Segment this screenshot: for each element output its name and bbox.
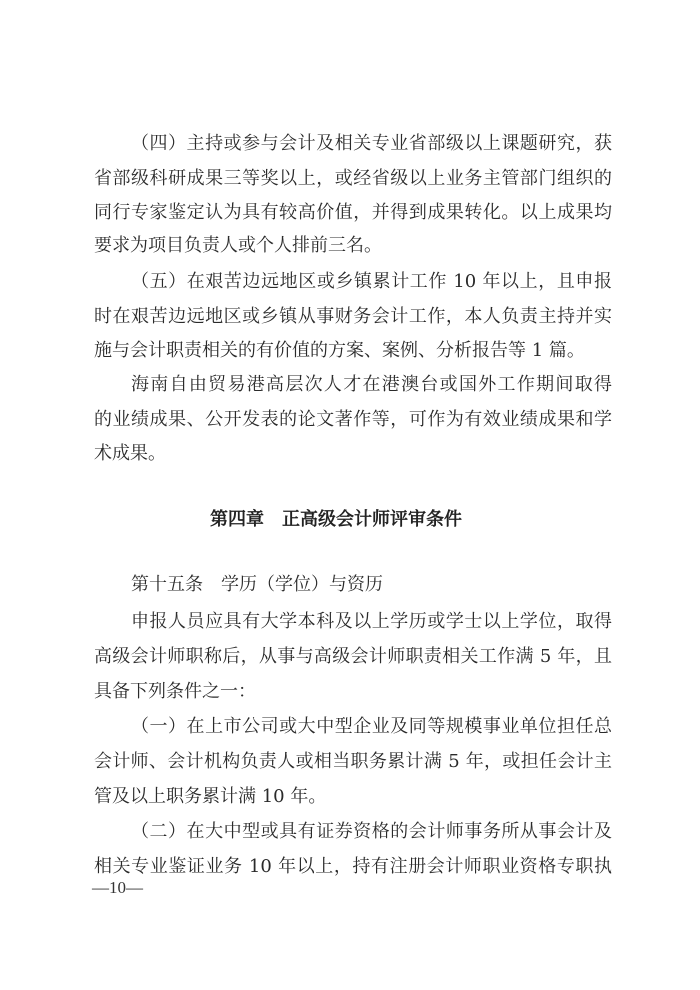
- article-title: 第十五条 学历（学位）与资历: [131, 568, 612, 602]
- document-page: （四）主持或参与会计及相关专业省部级以上课题研究，获 省部级科研成果三等奖以上，…: [0, 0, 700, 990]
- paragraph-4-line-1: （四）主持或参与会计及相关专业省部级以上课题研究，获: [131, 127, 612, 161]
- chapter-heading: 第四章 正高级会计师评审条件: [0, 503, 672, 537]
- hainan-paragraph-line-1: 海南自由贸易港高层次人才在港澳台或国外工作期间取得: [131, 368, 612, 402]
- condition-2-line-1: （二）在大中型或具有证券资格的会计师事务所从事会计及: [131, 815, 612, 849]
- condition-1-line-3: 管及以上职务累计满 10 年。: [94, 780, 612, 814]
- hainan-paragraph-line-2: 的业绩成果、公开发表的论文著作等，可作为有效业绩成果和学: [94, 403, 612, 437]
- paragraph-4-line-2: 省部级科研成果三等奖以上，或经省级以上业务主管部门组织的: [94, 162, 612, 196]
- paragraph-5-line-3: 施与会计职责相关的有价值的方案、案例、分析报告等 1 篇。: [94, 334, 612, 368]
- paragraph-5-line-2: 时在艰苦边远地区或乡镇从事财务会计工作，本人负责主持并实: [94, 300, 612, 334]
- requirements-line-2: 高级会计师职称后，从事与高级会计师职责相关工作满 5 年，且: [94, 640, 612, 674]
- condition-1-line-1: （一）在上市公司或大中型企业及同等规模事业单位担任总: [131, 710, 612, 744]
- condition-2-line-2: 相关专业鉴证业务 10 年以上，持有注册会计师职业资格专职执: [94, 850, 612, 884]
- requirements-line-3: 具备下列条件之一：: [94, 675, 612, 709]
- paragraph-4-line-3: 同行专家鉴定认为具有较高价值，并得到成果转化。以上成果均: [94, 196, 612, 230]
- paragraph-5-line-1: （五）在艰苦边远地区或乡镇累计工作 10 年以上，且申报: [131, 265, 612, 299]
- requirements-line-1: 申报人员应具有大学本科及以上学历或学士以上学位，取得: [131, 605, 612, 639]
- hainan-paragraph-line-3: 术成果。: [94, 437, 612, 471]
- condition-1-line-2: 会计师、会计机构负责人或相当职务累计满 5 年，或担任会计主: [94, 745, 612, 779]
- paragraph-4-line-4: 要求为项目负责人或个人排前三名。: [94, 229, 612, 263]
- page-number: —10—: [92, 876, 143, 900]
